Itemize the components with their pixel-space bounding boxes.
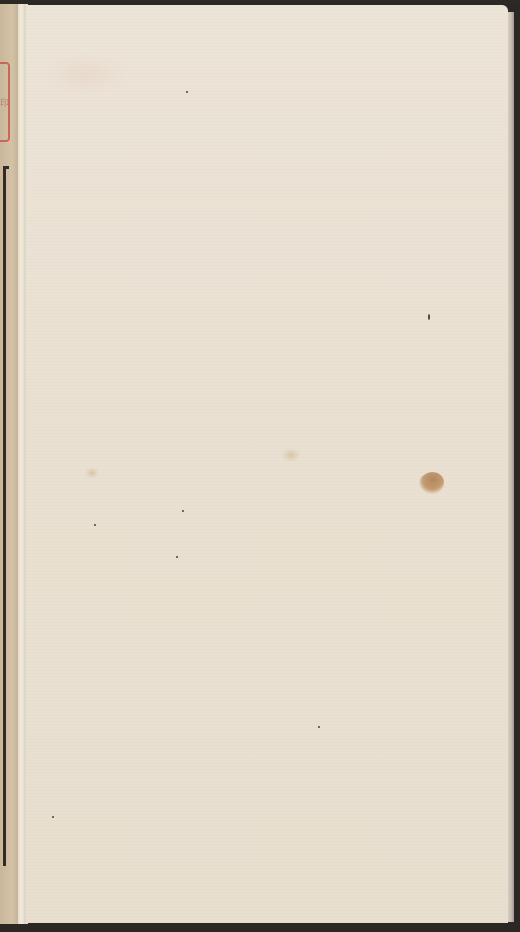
scanner-background-bottom bbox=[0, 924, 520, 932]
paper-speck bbox=[176, 556, 178, 558]
paper-speck bbox=[94, 524, 96, 526]
red-seal-stamp: 印 bbox=[0, 62, 10, 142]
paper-speck bbox=[186, 91, 188, 93]
previous-page-edge: 印 bbox=[0, 4, 20, 926]
paper-speck bbox=[318, 726, 320, 728]
paper-speck bbox=[52, 816, 54, 818]
scanned-page-view: 印 bbox=[0, 0, 520, 932]
printed-border-line bbox=[3, 166, 9, 866]
page-stack-edge bbox=[508, 12, 514, 922]
paper-speck bbox=[428, 314, 430, 320]
paper-speck bbox=[182, 510, 184, 512]
blank-page bbox=[26, 5, 508, 923]
